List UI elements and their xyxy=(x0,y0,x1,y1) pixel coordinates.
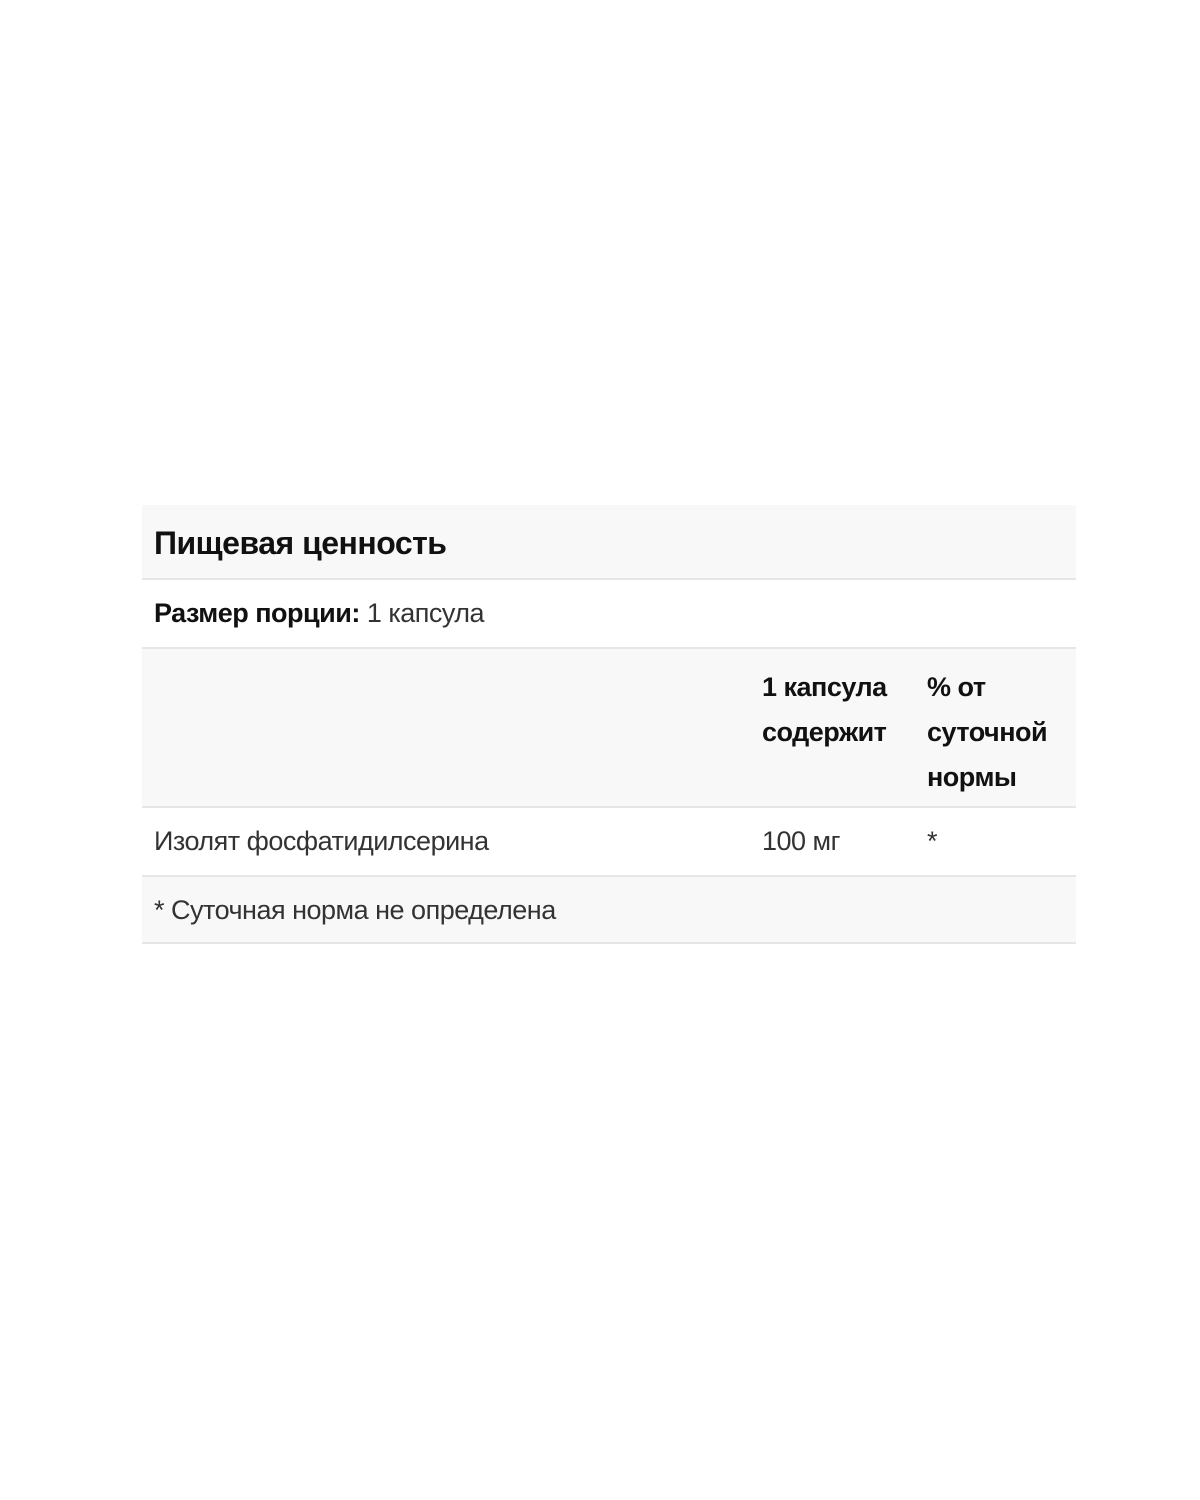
serving-size-label: Размер порции: xyxy=(154,598,360,628)
table-title-row: Пищевая ценность xyxy=(142,505,1076,580)
footnote-row: * Суточная норма не определена xyxy=(142,877,1076,944)
column-header-row: 1 капсула содержит % от суточной нормы xyxy=(142,649,1076,808)
serving-size: Размер порции: 1 капсула xyxy=(154,598,484,629)
serving-size-value: 1 капсула xyxy=(367,598,484,628)
table-title: Пищевая ценность xyxy=(154,525,446,562)
daily-value-column-header: % от суточной нормы xyxy=(927,665,1077,800)
amount-column-header: 1 капсула содержит xyxy=(762,665,922,755)
ingredient-name: Изолят фосфатидилсерина xyxy=(154,826,489,857)
serving-size-row: Размер порции: 1 капсула xyxy=(142,580,1076,649)
ingredient-daily-value: * xyxy=(927,826,937,857)
ingredient-amount: 100 мг xyxy=(762,826,840,857)
footnote: * Суточная норма не определена xyxy=(154,895,556,926)
nutrition-facts-table: Пищевая ценность Размер порции: 1 капсул… xyxy=(142,505,1076,944)
table-row: Изолят фосфатидилсерина 100 мг * xyxy=(142,808,1076,877)
